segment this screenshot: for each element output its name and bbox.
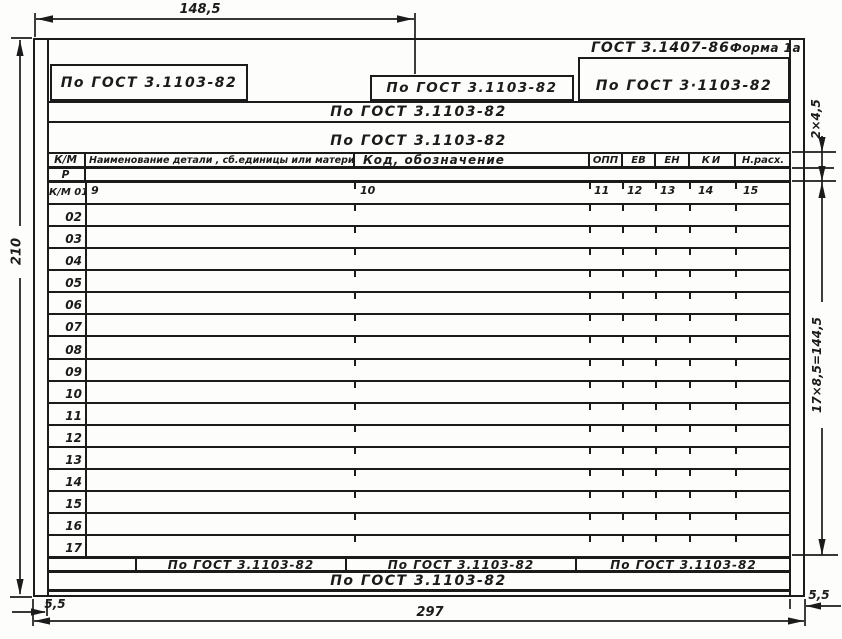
col-header-ev: ЕВ <box>623 154 656 166</box>
col-header-name: Наименование детали , сб.единицы или мат… <box>86 154 355 166</box>
table-row-16: 16 <box>47 512 790 534</box>
field-number-12: 12 <box>627 184 642 197</box>
table-row-06: 06 <box>47 291 790 313</box>
table-row-14: 14 <box>47 468 790 490</box>
col-header-opp: ОПП <box>590 154 623 166</box>
stamp-text: По ГОСТ 3.1103-82 <box>330 104 507 120</box>
col-header-ki: КИ <box>690 154 736 166</box>
row-label: 02 <box>47 210 82 224</box>
table-row-11: 11 <box>47 402 790 424</box>
row-label: 07 <box>47 320 82 334</box>
p-row-label: Р <box>47 169 86 180</box>
field-number-10: 10 <box>360 184 375 197</box>
form-designation: Форма 1а <box>730 41 801 55</box>
field-number-13: 13 <box>660 184 675 197</box>
dim-margin-left: 5,5 <box>38 597 72 611</box>
table-row-03: 03 <box>47 225 790 247</box>
table-row-15: 15 <box>47 490 790 512</box>
field-number-14: 14 <box>698 184 713 197</box>
row-label: 09 <box>47 365 82 379</box>
bottom-stamp-band: По ГОСТ 3.1103-82 <box>47 573 790 592</box>
stamp-box-top-right: По ГОСТ 3·1103-82 <box>578 57 790 101</box>
table-row-07: 07 <box>47 313 790 335</box>
dim-top-width: 148,5 <box>150 2 250 17</box>
table-row-12: 12 <box>47 424 790 446</box>
row-label: 15 <box>47 497 82 511</box>
col-header-en: ЕН <box>656 154 690 166</box>
row-label: 14 <box>47 475 82 489</box>
field-number-15: 15 <box>743 184 758 197</box>
table-header: К/М Наименование детали , сб.единицы или… <box>47 152 790 169</box>
col-header-km: К/М <box>47 154 86 166</box>
bottom-stamp-blank <box>47 559 135 570</box>
table-row-02: 02 <box>47 203 790 225</box>
dim-left-height: 210 <box>10 212 25 292</box>
stamp-text: По ГОСТ 3.1103-82 <box>61 75 238 91</box>
row-label: 05 <box>47 276 82 290</box>
table-row-10: 10 <box>47 380 790 402</box>
stamp-text: По ГОСТ 3.1103-82 <box>330 573 507 589</box>
row-label: 11 <box>47 409 82 423</box>
table-row-17: 17 <box>47 534 790 556</box>
row-label: 03 <box>47 232 82 246</box>
row-label: 06 <box>47 298 82 312</box>
row-label: 17 <box>47 541 82 555</box>
row-label: 13 <box>47 453 82 467</box>
stamp-text: По ГОСТ 3.1103-82 <box>386 80 557 96</box>
table-body: К/М 01 9 10 11 12 13 14 15 02 03 04 05 0… <box>47 183 790 556</box>
field-number-9: 9 <box>91 184 99 197</box>
dim-right-rows: 17×8,5=144,5 <box>810 300 824 430</box>
dim-margin-right: 5,5 <box>798 588 840 602</box>
table-row-05: 05 <box>47 269 790 291</box>
table-row-01: К/М 01 9 10 11 12 13 14 15 <box>47 183 790 203</box>
stamp-box-top-middle: По ГОСТ 3.1103-82 <box>370 75 574 101</box>
standard-number: ГОСТ 3.1407-86 <box>591 40 730 56</box>
row-label: 16 <box>47 519 82 533</box>
stamp-text: По ГОСТ 3.1103-82 <box>330 133 507 149</box>
col-header-code: Код, обозначение <box>355 154 590 166</box>
scanned-gost-form-page: ГОСТ 3.1407-86 Форма 1а По ГОСТ 3.1103-8… <box>0 0 842 639</box>
title-block: ГОСТ 3.1407-86 Форма 1а <box>585 40 790 56</box>
row-label: 12 <box>47 431 82 445</box>
table-row-08: 08 <box>47 335 790 357</box>
table-row-13: 13 <box>47 446 790 468</box>
dim-sheet-width: 297 <box>385 605 475 620</box>
row-label: 08 <box>47 343 82 357</box>
bottom-stamp-left: По ГОСТ 3.1103-82 <box>135 559 345 570</box>
row-label: К/М 01 <box>49 187 86 198</box>
stamp-band-2: По ГОСТ 3.1103-82 <box>47 123 790 152</box>
stamp-box-top-left: По ГОСТ 3.1103-82 <box>50 64 248 101</box>
row-label: 10 <box>47 387 82 401</box>
field-number-11: 11 <box>594 184 609 197</box>
stamp-band-1: По ГОСТ 3.1103-82 <box>47 101 790 123</box>
table-row-09: 09 <box>47 358 790 380</box>
dim-right-header: 2×4,5 <box>809 79 823 159</box>
bottom-stamp-right: По ГОСТ 3.1103-82 <box>575 559 790 570</box>
stamp-text: По ГОСТ 3·1103-82 <box>596 78 773 94</box>
bottom-stamp-middle: По ГОСТ 3.1103-82 <box>345 559 575 570</box>
table-row-04: 04 <box>47 247 790 269</box>
bottom-stamp-row: По ГОСТ 3.1103-82 По ГОСТ 3.1103-82 По Г… <box>47 556 790 573</box>
row-label: 04 <box>47 254 82 268</box>
col-header-nrash: Н.расх. <box>736 154 790 166</box>
table-row-p: Р <box>47 169 790 183</box>
